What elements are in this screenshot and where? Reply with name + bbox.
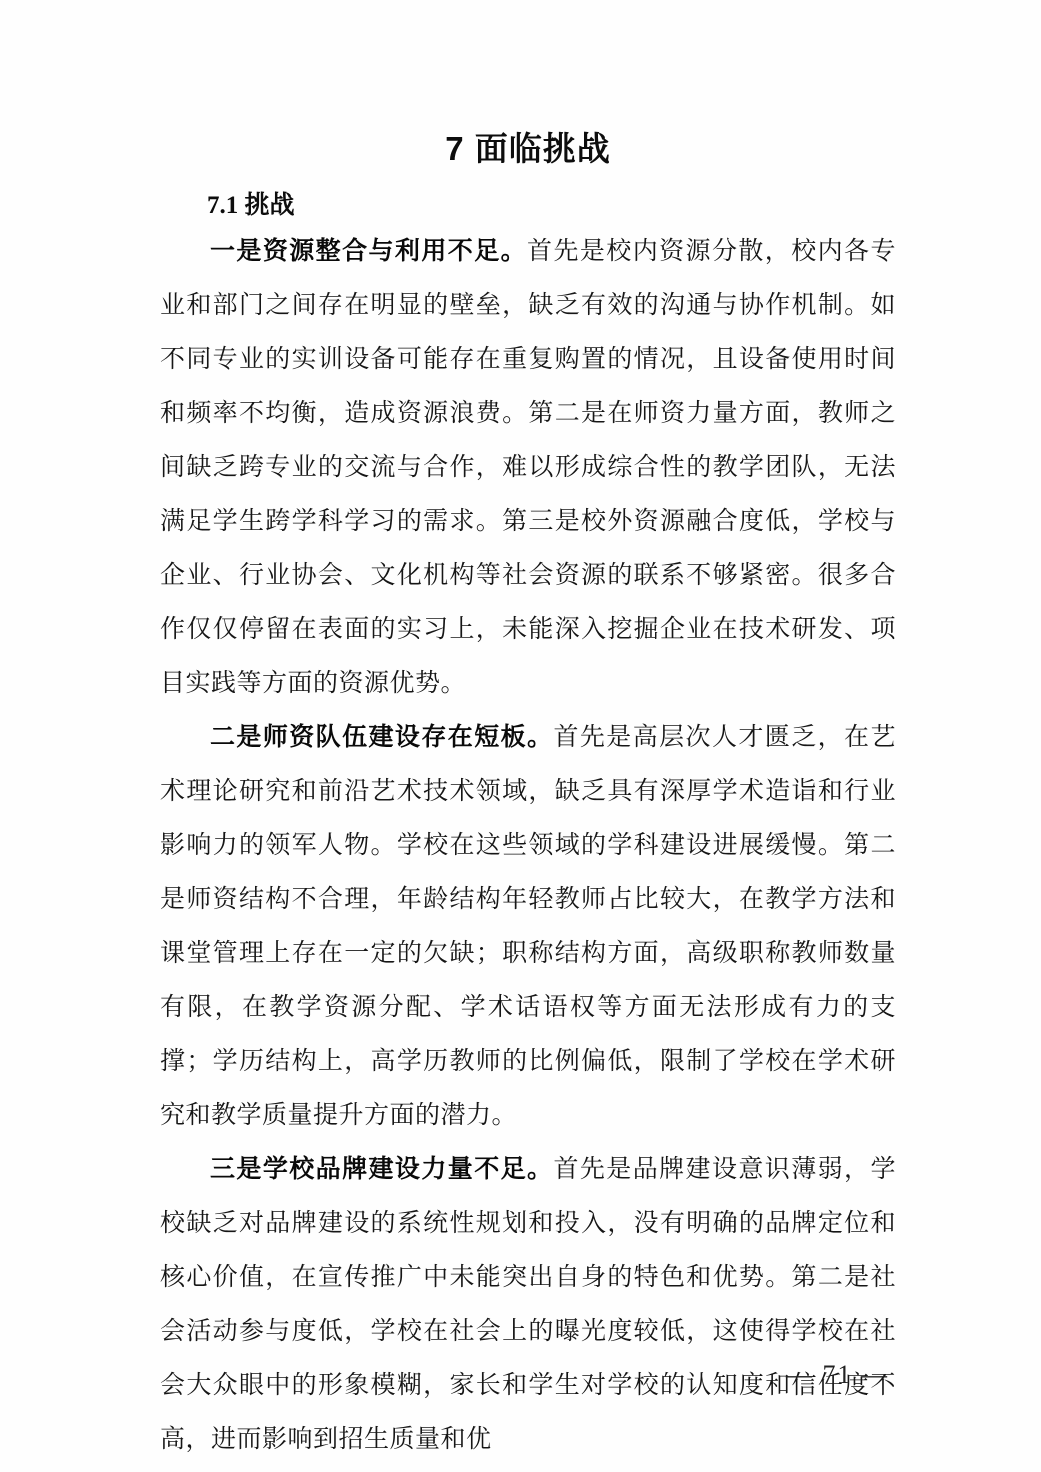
paragraph-3-lead: 三是学校品牌建设力量不足。 [210, 1156, 553, 1183]
section-heading: 7.1 挑战 [160, 193, 896, 219]
paragraph-3-text: 首先是品牌建设意识薄弱，学校缺乏对品牌建设的系统性规划和投入，没有明确的品牌定位… [160, 1156, 896, 1453]
chapter-title: 7 面临挑战 [160, 0, 896, 166]
paragraph-1: 一是资源整合与利用不足。首先是校内资源分散，校内各专业和部门之间存在明显的壁垒，… [160, 225, 896, 711]
paragraph-1-text: 首先是校内资源分散，校内各专业和部门之间存在明显的壁垒，缺乏有效的沟通与协作机制… [160, 238, 896, 697]
paragraph-2-lead: 二是师资队伍建设存在短板。 [210, 724, 553, 751]
document-body: 一是资源整合与利用不足。首先是校内资源分散，校内各专业和部门之间存在明显的壁垒，… [160, 225, 896, 1467]
paragraph-1-lead: 一是资源整合与利用不足。 [210, 238, 527, 265]
page-content: 7 面临挑战 7.1 挑战 一是资源整合与利用不足。首先是校内资源分散，校内各专… [160, 0, 896, 1467]
paragraph-2-text: 首先是高层次人才匮乏，在艺术理论研究和前沿艺术技术领域，缺乏具有深厚学术造诣和行… [160, 724, 896, 1129]
paragraph-3: 三是学校品牌建设力量不足。首先是品牌建设意识薄弱，学校缺乏对品牌建设的系统性规划… [160, 1143, 896, 1467]
document-page: 7 面临挑战 7.1 挑战 一是资源整合与利用不足。首先是校内资源分散，校内各专… [0, 0, 1041, 1472]
paragraph-2: 二是师资队伍建设存在短板。首先是高层次人才匮乏，在艺术理论研究和前沿艺术技术领域… [160, 711, 896, 1143]
page-number: — 71 — [786, 1360, 889, 1390]
